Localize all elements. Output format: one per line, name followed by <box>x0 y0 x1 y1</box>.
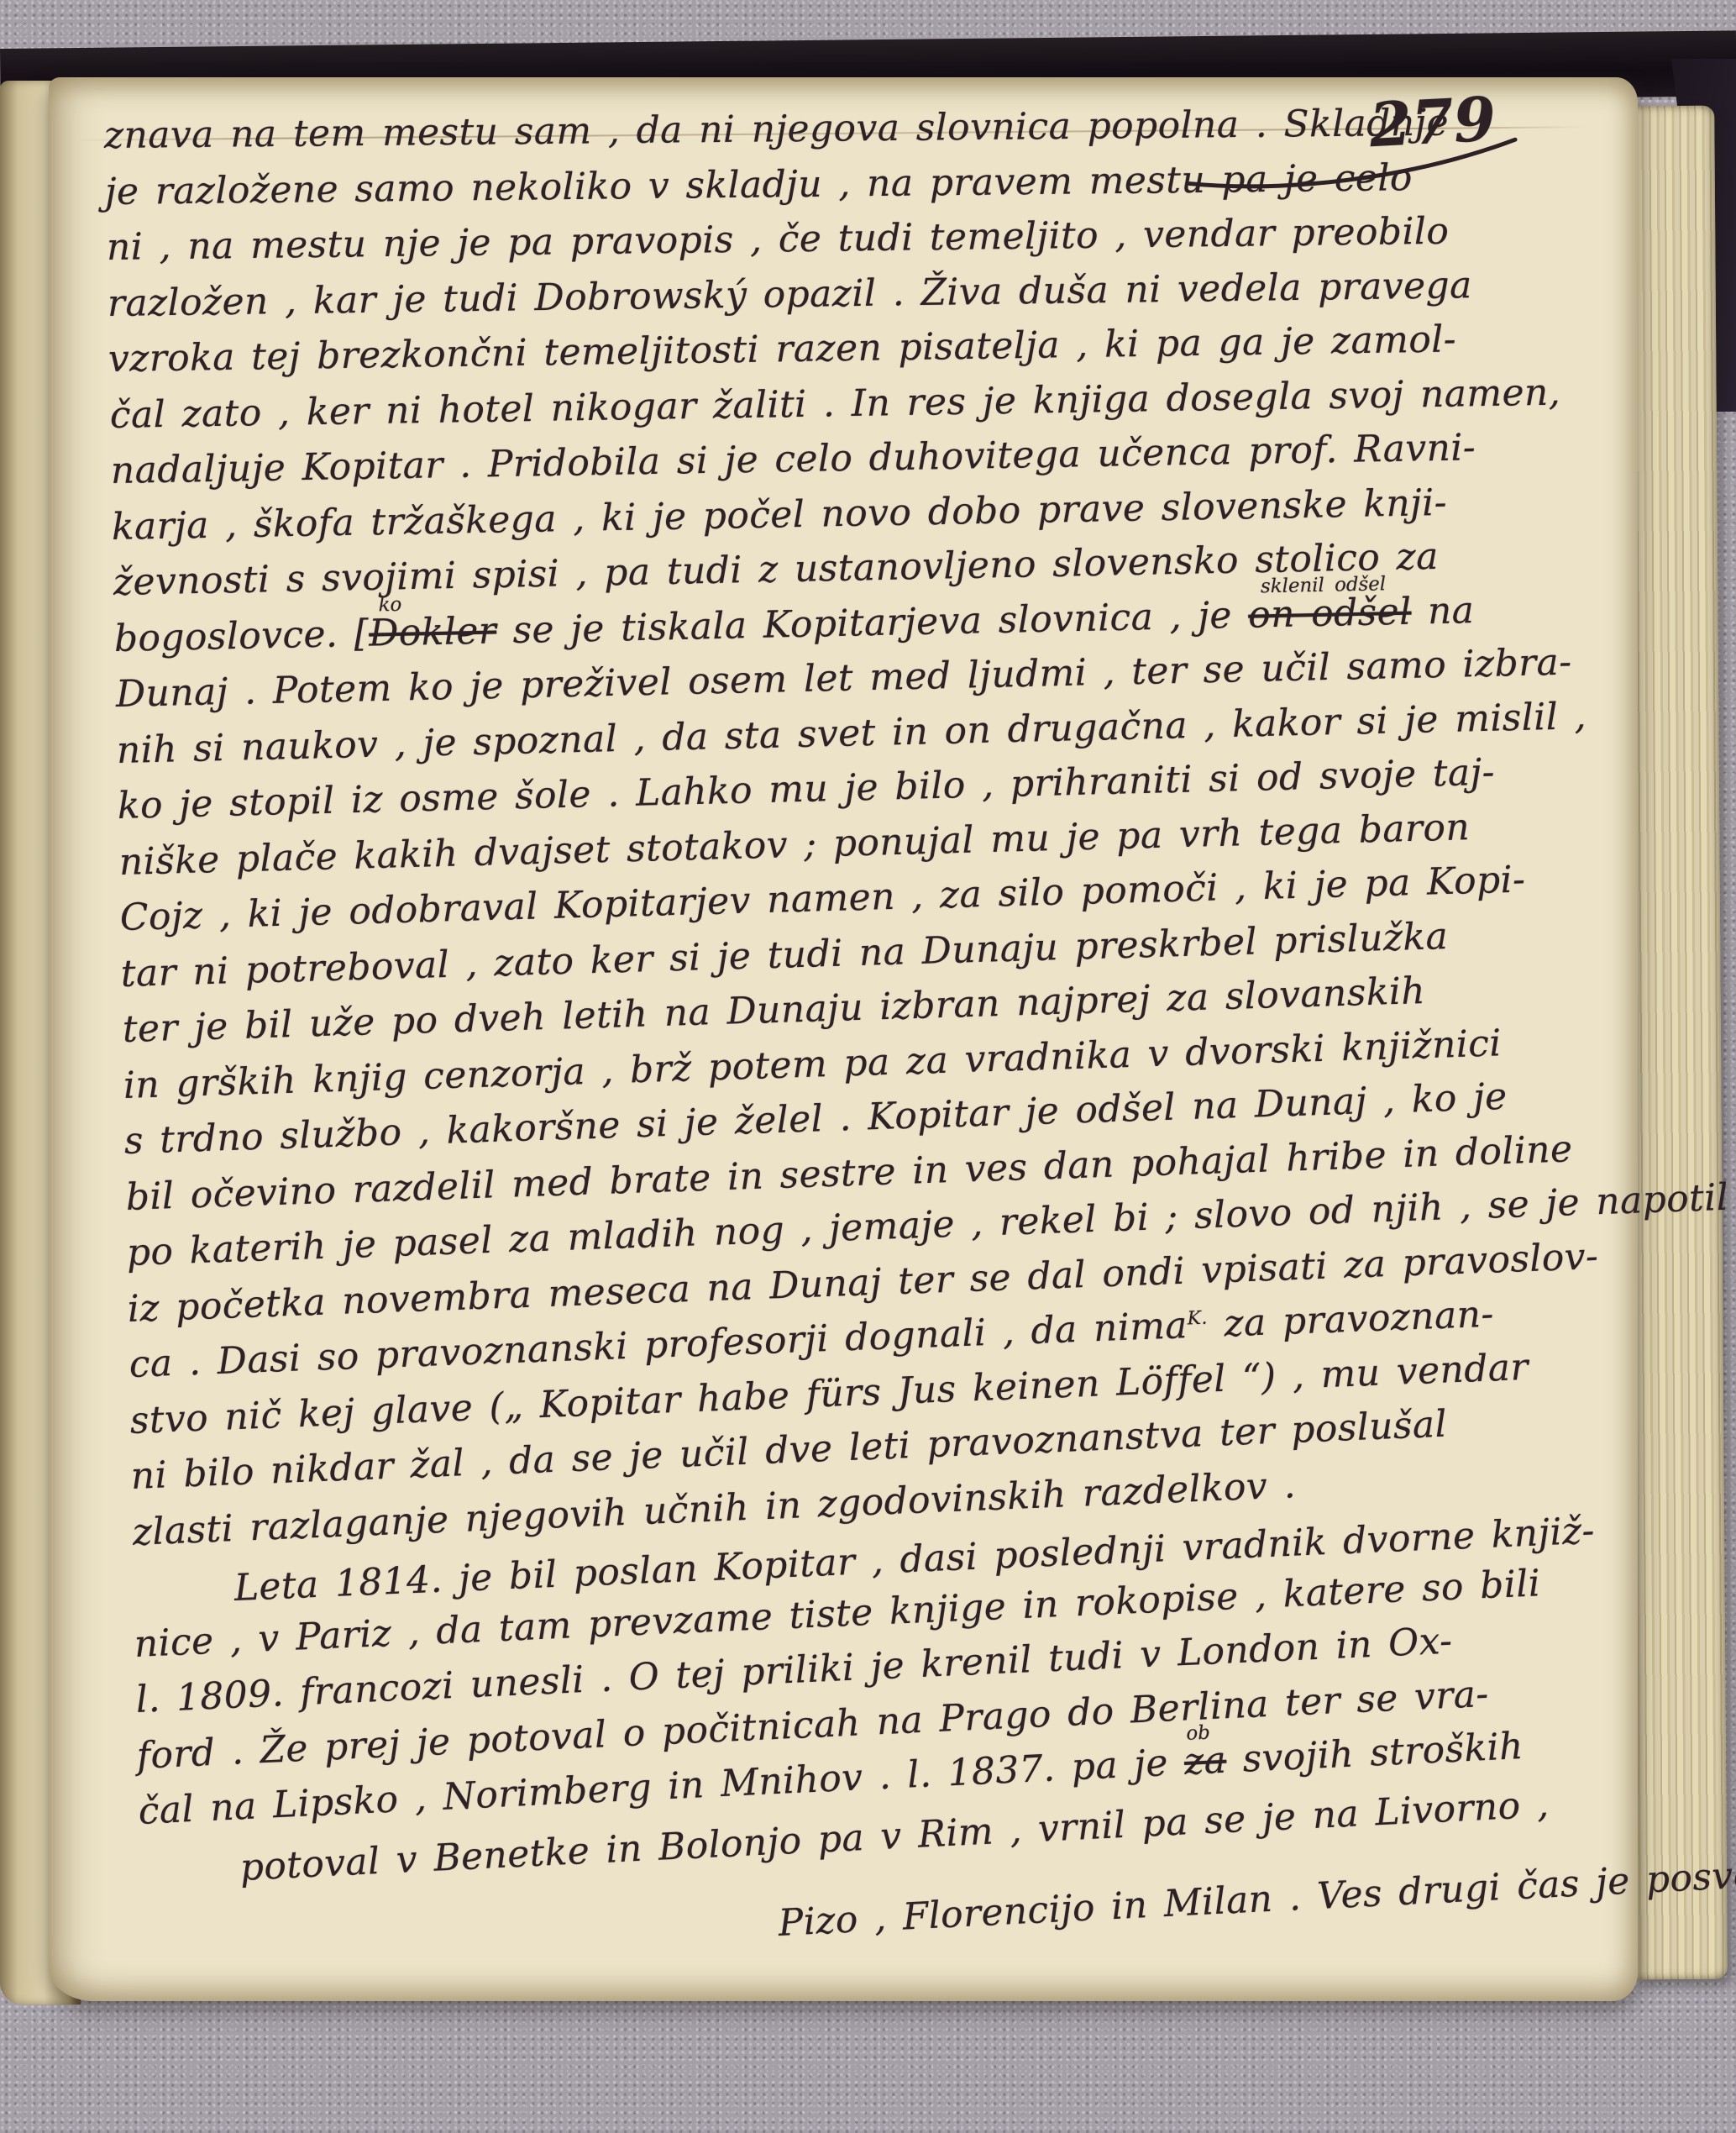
line-segment: bogoslovce. [ <box>114 612 370 659</box>
insertion-above: ob <box>1185 1723 1209 1743</box>
open-book: 279 znava na tem mestu sam , da ni njego… <box>0 72 1736 2021</box>
manuscript-page: 279 znava na tem mestu sam , da ni njego… <box>49 77 1638 2001</box>
text-line: Pizo , Florencijo in Milan . Ves drugi č… <box>778 1857 1600 1954</box>
insertion-above: sklenil odšel <box>1261 575 1387 596</box>
struck-word-wrap: koDokler <box>369 606 497 659</box>
struck-word-wrap: obza <box>1183 1736 1227 1788</box>
line-segment: na <box>1411 589 1475 633</box>
struck-word: za <box>1183 1739 1227 1784</box>
struck-word-wrap: sklenil odšelon odšel <box>1248 586 1413 640</box>
insertion-above: ko <box>379 595 402 614</box>
line-segment: svojih stroških <box>1225 1725 1524 1782</box>
line-segment: za pravoznan- <box>1207 1293 1494 1347</box>
handwritten-text: znava na tem mestu sam , da ni njegova s… <box>104 111 1599 1955</box>
struck-word: Dokler <box>369 609 497 654</box>
insertion-above: K. <box>1187 1308 1208 1330</box>
